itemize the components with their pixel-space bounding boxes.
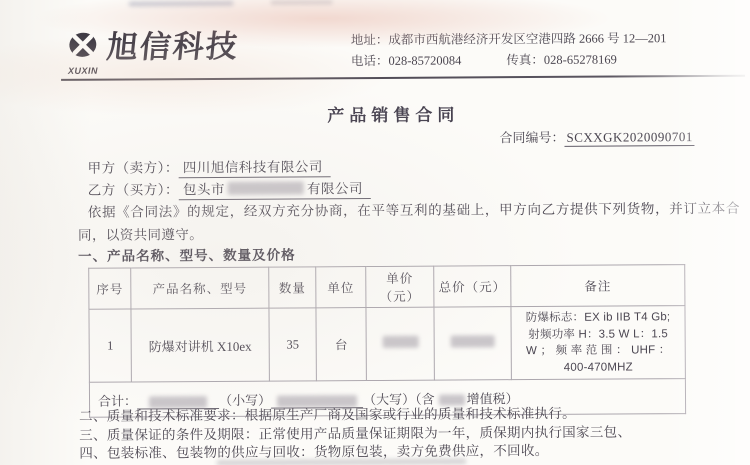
col-header-seq: 序号	[89, 268, 131, 309]
company-logo: XUXIN 旭信科技	[65, 30, 239, 76]
party-a-label: 甲方（卖方）：	[88, 160, 179, 176]
address-line: 地址： 成都市西航港经济开发区空港四路 2666 号 12—201	[351, 28, 687, 51]
party-b-suffix: 有限公司	[307, 177, 363, 197]
document-title: 产品销售合同	[327, 100, 459, 126]
cell-remark: 防爆标志：EX ib IIB T4 Gb; 射频功率 H：3.5 W L：1.5…	[511, 306, 685, 380]
table-row: 1 防爆对讲机 X10ex 35 台 防爆标志：EX ib IIB T4 Gb;…	[89, 306, 685, 383]
party-b-value: 包头市有限公司	[179, 177, 371, 200]
party-b-prefix: 包头市	[183, 178, 225, 198]
contract-number-line: 合同编号：SCXXGK2020090701	[499, 126, 695, 146]
col-header-qty: 数量	[269, 267, 316, 308]
x-circle-logo-icon	[67, 31, 99, 66]
phone-value: 028-85720084	[388, 50, 461, 71]
total-price-redaction	[451, 335, 495, 347]
logo-english-text: XUXIN	[68, 66, 98, 76]
party-a-line: 甲方（卖方）：四川旭信科技有限公司	[88, 155, 331, 178]
col-header-unit: 单位	[316, 267, 366, 308]
contract-page: XUXIN 旭信科技 地址： 成都市西航港经济开发区空港四路 2666 号 12…	[0, 0, 750, 465]
preamble-paragraph: 依据《合同法》的规定，经双方充分协商，在平等互利的基础上，甲方向乙方提供下列货物…	[78, 198, 740, 247]
logo-chinese-text: 旭信科技	[105, 30, 240, 65]
cell-qty: 35	[269, 308, 316, 381]
phone-fax-line: 电话： 028-85720084 传真： 028-65278169	[351, 49, 687, 72]
party-b-line: 乙方（买方）：包头市有限公司	[88, 177, 371, 201]
goods-table: 序号 产品名称、型号 数量 单位 单价（元） 总价（元） 备注 1 防爆对讲机 …	[88, 264, 686, 418]
section-1-heading: 一、产品名称、型号、数量及价格	[78, 243, 296, 264]
party-b-redaction	[228, 181, 304, 194]
scanned-contract-photo: XUXIN 旭信科技 地址： 成都市西航港经济开发区空港四路 2666 号 12…	[0, 0, 750, 465]
fax-value: 028-65278169	[544, 50, 617, 71]
address-value: 成都市西航港经济开发区空港四路 2666 号 12—201	[388, 28, 666, 51]
cell-unit-price	[366, 307, 434, 380]
fax-label: 传真：	[506, 50, 544, 71]
col-header-remark: 备注	[511, 265, 685, 307]
cell-seq: 1	[89, 309, 131, 382]
party-a-value: 四川旭信科技有限公司	[179, 155, 331, 178]
contract-number-value: SCXXGK2020090701	[564, 129, 695, 147]
top-edge-smudge	[271, 0, 333, 4]
unit-price-redaction	[382, 336, 418, 348]
clause-4: 四、包装标准、包装物的供应与回收：货物原包装，卖方免费供应，不回收。	[79, 438, 747, 462]
cell-product: 防爆对讲机 X10ex	[131, 308, 269, 382]
col-header-total-price: 总价（元）	[434, 266, 511, 307]
contract-number-label: 合同编号：	[499, 130, 564, 145]
cell-total-price	[434, 307, 511, 380]
letterhead-contact-block: 地址： 成都市西航港经济开发区空港四路 2666 号 12—201 电话： 02…	[351, 28, 687, 72]
col-header-product: 产品名称、型号	[131, 267, 269, 309]
party-b-label: 乙方（买方）：	[88, 182, 179, 198]
cell-unit: 台	[316, 308, 366, 381]
table-header-row: 序号 产品名称、型号 数量 单位 单价（元） 总价（元） 备注	[89, 265, 685, 310]
phone-label: 电话：	[351, 51, 389, 72]
address-label: 地址：	[351, 30, 389, 51]
letterhead-divider	[61, 75, 745, 81]
top-edge-smudge	[129, 1, 234, 7]
col-header-unit-price: 单价（元）	[366, 266, 434, 307]
